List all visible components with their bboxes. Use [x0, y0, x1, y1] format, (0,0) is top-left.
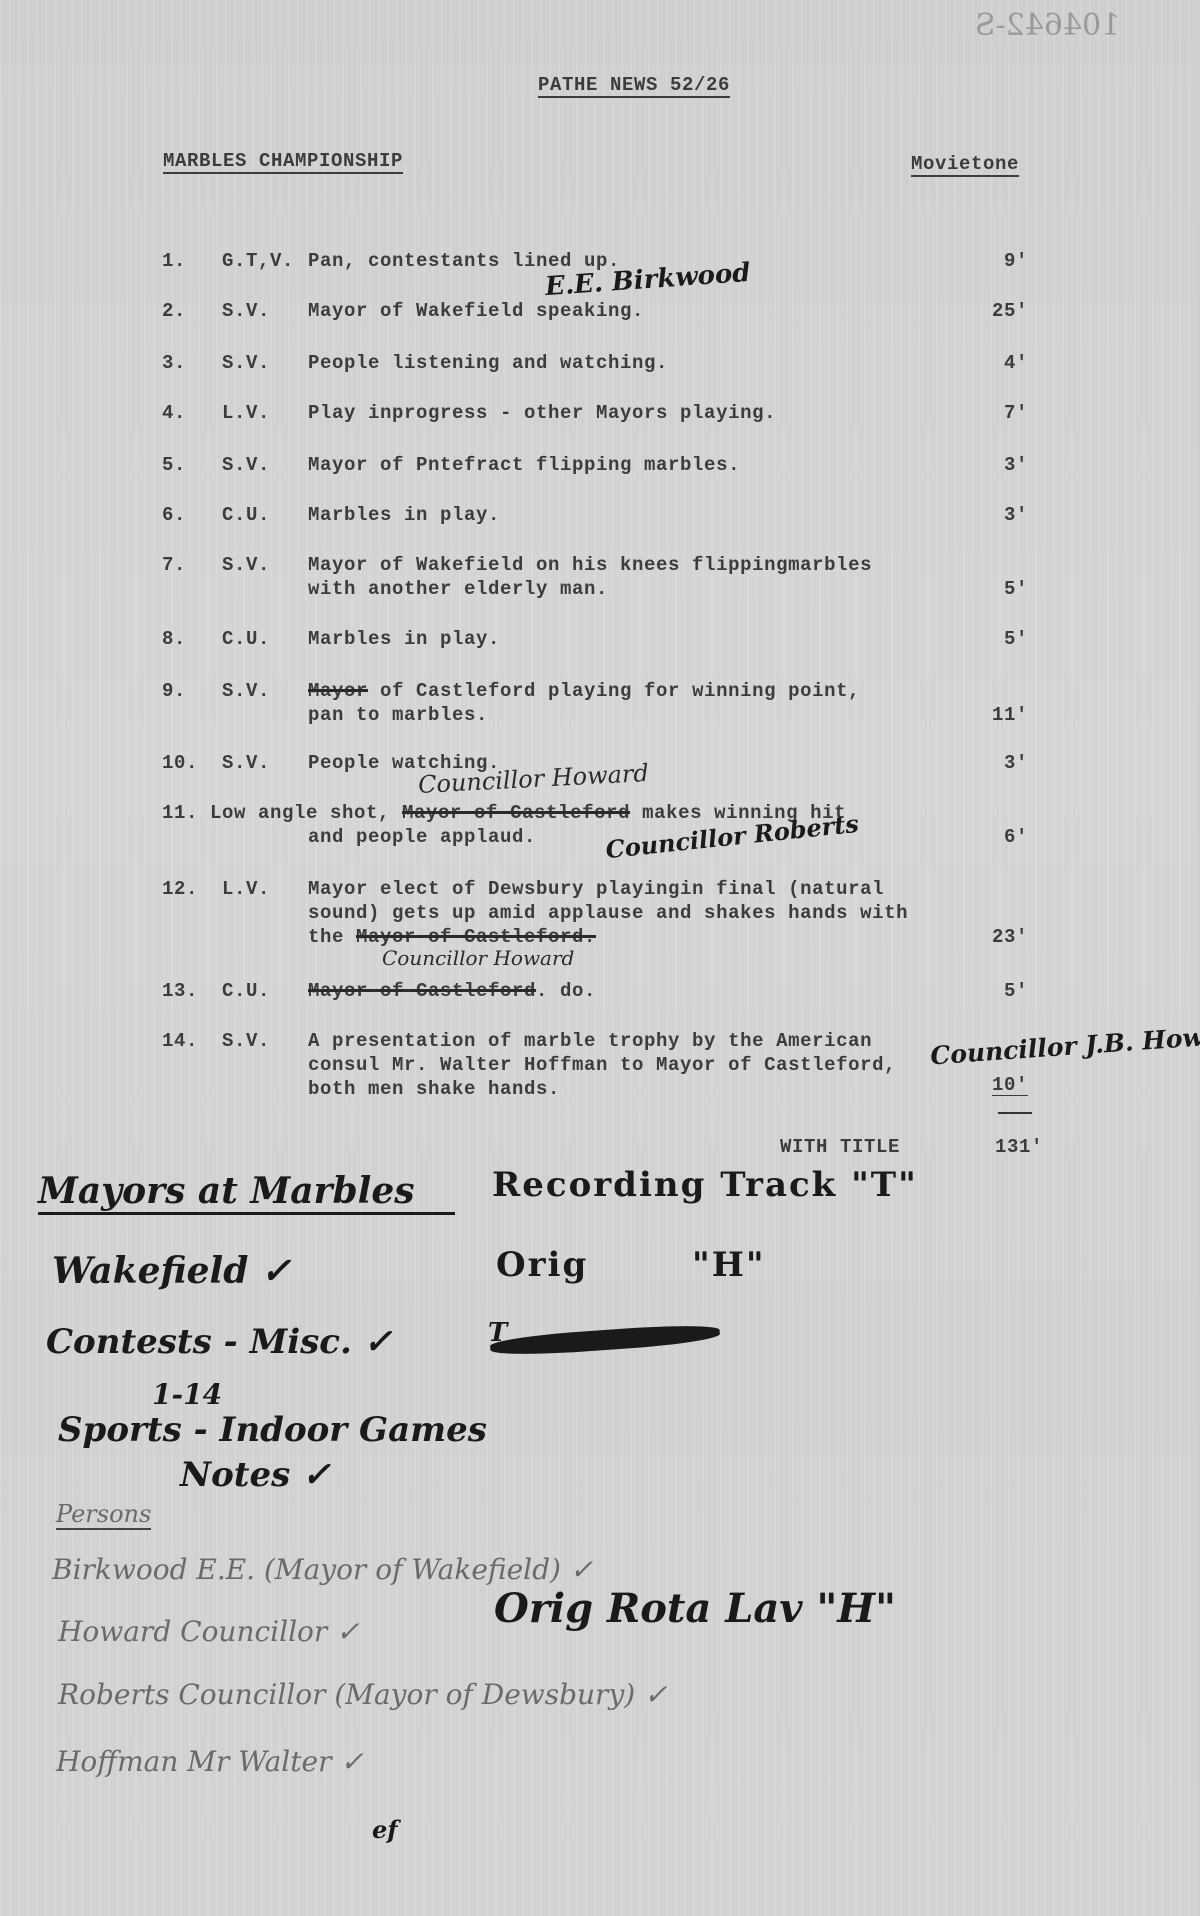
- shot-description: pan to marbles.: [308, 704, 488, 726]
- shot-type: S.V.: [222, 352, 270, 374]
- shot-number: 8.: [162, 628, 186, 650]
- shot-number: 1.: [162, 250, 186, 272]
- shot-duration: 5': [1004, 578, 1028, 600]
- shot-type: C.U.: [222, 504, 270, 526]
- shot-number: 9.: [162, 680, 186, 702]
- struck-text: Mayor of Castleford: [308, 980, 536, 1002]
- shot-description: with another elderly man.: [308, 578, 608, 600]
- shot-duration: 5': [1004, 980, 1028, 1002]
- shot-duration: 25': [992, 300, 1028, 322]
- shot-description: consul Mr. Walter Hoffman to Mayor of Ca…: [308, 1054, 896, 1076]
- shot-type: G.T,V.: [222, 250, 294, 272]
- shot-description: Mayor of Pntefract flipping marbles.: [308, 454, 740, 476]
- shot-type: S.V.: [222, 1030, 270, 1052]
- person-entry: Howard Councillor ✓: [58, 1615, 360, 1648]
- annotation-shot-12-second: Councillor Howard: [382, 946, 574, 970]
- shot-description: Mayor of Castleford playing for winning …: [308, 680, 860, 702]
- shot-type: L.V.: [222, 878, 270, 900]
- shot-description: Mayor of Wakefield speaking.: [308, 300, 644, 322]
- shot-number: 4.: [162, 402, 186, 424]
- shot-type: S.V.: [222, 454, 270, 476]
- shot-duration: 10': [992, 1074, 1028, 1096]
- shot-duration: 4': [1004, 352, 1028, 374]
- notes-item: Wakefield ✓: [52, 1250, 291, 1292]
- struck-text: Mayor: [308, 680, 368, 702]
- shot-type: C.U.: [222, 980, 270, 1002]
- shot-duration: 5': [1004, 628, 1028, 650]
- shot-description: Marbles in play.: [308, 504, 500, 526]
- struck-text: Mayor of Castleford: [402, 802, 630, 824]
- person-entry: Hoffman Mr Walter ✓: [56, 1745, 364, 1778]
- shot-number: 12.: [162, 878, 198, 900]
- shot-number: 14.: [162, 1030, 198, 1052]
- notes-item: Sports - Indoor Games: [58, 1410, 487, 1450]
- shot-number: 10.: [162, 752, 198, 774]
- recording-track-note: Recording Track "T": [492, 1165, 918, 1205]
- notes-item: 1-14: [152, 1378, 222, 1411]
- shot-duration: 6': [1004, 826, 1028, 848]
- archive-ref-mirrored: 104642-S: [975, 8, 1120, 43]
- shot-description: Play inprogress - other Mayors playing.: [308, 402, 776, 424]
- notes-item: Notes ✓: [180, 1455, 331, 1495]
- notes-heading: Mayors at Marbles: [38, 1170, 455, 1215]
- shot-description: Mayor of Castleford. do.: [308, 980, 596, 1002]
- total-value: 131': [995, 1136, 1043, 1158]
- source-label: Movietone: [911, 153, 1019, 175]
- shot-duration: 3': [1004, 504, 1028, 526]
- shot-type: S.V.: [222, 300, 270, 322]
- orig-note: Orig "H": [496, 1245, 766, 1285]
- shot-description: Marbles in play.: [308, 628, 500, 650]
- shot-description: the Mayor of Castleford.: [308, 926, 596, 948]
- total-label: WITH TITLE: [780, 1136, 900, 1158]
- shot-type: S.V.: [222, 680, 270, 702]
- shot-type: L.V.: [222, 402, 270, 424]
- shot-description: Mayor of Wakefield on his knees flipping…: [308, 554, 872, 576]
- shot-duration: 9': [1004, 250, 1028, 272]
- shot-type: S.V.: [222, 752, 270, 774]
- notes-item: Contests - Misc. ✓: [46, 1322, 392, 1362]
- shot-description: Mayor elect of Dewsbury playingin final …: [308, 878, 884, 900]
- story-title: MARBLES CHAMPIONSHIP: [163, 150, 403, 172]
- shot-number: 2.: [162, 300, 186, 322]
- shot-duration: 23': [992, 926, 1028, 948]
- person-entry: Roberts Councillor (Mayor of Dewsbury) ✓: [58, 1678, 668, 1711]
- shot-duration: 3': [1004, 752, 1028, 774]
- shot-number: 5.: [162, 454, 186, 476]
- shot-description: A presentation of marble trophy by the A…: [308, 1030, 872, 1052]
- persons-heading: Persons: [56, 1500, 151, 1530]
- shot-description: sound) gets up amid applause and shakes …: [308, 902, 908, 924]
- struck-text: Mayor of Castleford.: [356, 926, 596, 948]
- header-title: PATHE NEWS 52/26: [538, 74, 730, 96]
- shot-description: Pan, contestants lined up.: [308, 250, 620, 272]
- shot-type: S.V.: [222, 554, 270, 576]
- shot-number: 13.: [162, 980, 198, 1002]
- shot-duration: 11': [992, 704, 1028, 726]
- orig-rota-note: Orig Rota Lav "H": [494, 1585, 896, 1632]
- shot-number: 6.: [162, 504, 186, 526]
- initials: ef: [372, 1815, 398, 1844]
- shot-number: 7.: [162, 554, 186, 576]
- person-entry: Birkwood E.E. (Mayor of Wakefield) ✓: [52, 1553, 593, 1586]
- shot-duration: 3': [1004, 454, 1028, 476]
- shot-duration: 7': [1004, 402, 1028, 424]
- shot-description: and people applaud.: [308, 826, 536, 848]
- shot-type: C.U.: [222, 628, 270, 650]
- subtotal-rule: [998, 1112, 1032, 1114]
- shot-description: People listening and watching.: [308, 352, 668, 374]
- shot-description: both men shake hands.: [308, 1078, 560, 1100]
- shot-number: 3.: [162, 352, 186, 374]
